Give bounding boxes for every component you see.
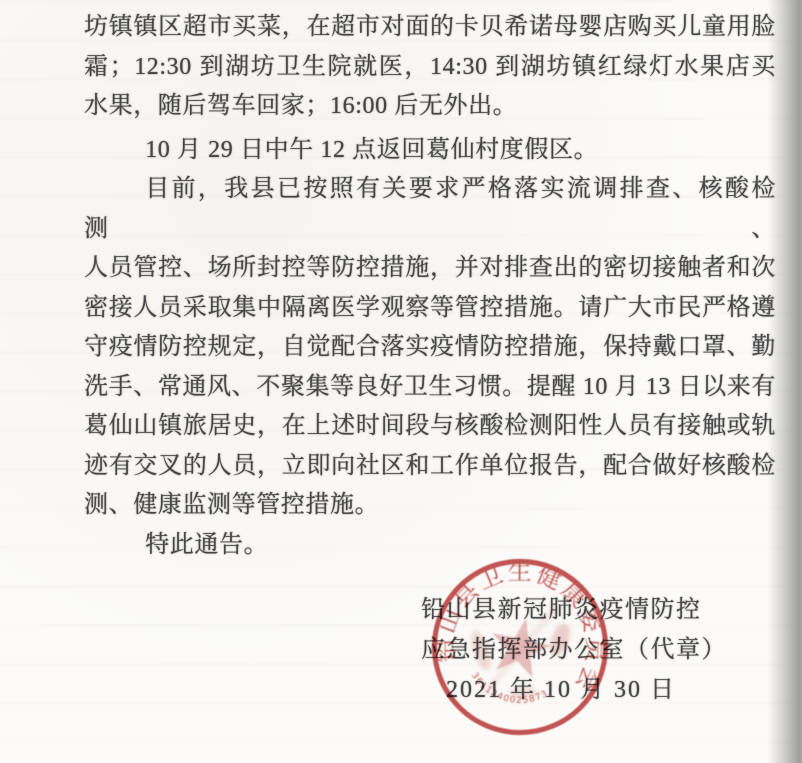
body-line: 迹有交叉的人员，立即向社区和工作单位报告，配合做好核酸检 — [84, 447, 776, 487]
official-seal: 铅山县卫生健康委员会 3611240025873 — [427, 554, 613, 740]
body-line: 密接人员采取集中隔离医学观察等管控措施。请广大市民严格遵 — [84, 289, 776, 329]
body-line: 测、健康监测等管控措施。 — [84, 486, 776, 526]
body-line: 水果，随后驾车回家；16:00 后无外出。 — [84, 87, 776, 127]
body-line: 坊镇镇区超市买菜，在超市对面的卡贝希诺母婴店购买儿童用脸 — [84, 8, 776, 48]
body-line: 10 月 29 日中午 12 点返回葛仙村度假区。 — [84, 131, 776, 171]
body-line: 目前，我县已按照有关要求严格落实流调排查、核酸检测、 — [84, 170, 776, 249]
body-line: 人员管控、场所封控等防控措施，并对排查出的密切接触者和次 — [84, 249, 776, 289]
notice-body: 坊镇镇区超市买菜，在超市对面的卡贝希诺母婴店购买儿童用脸 霜；12:30 到湖坊… — [84, 8, 776, 565]
paper-edge-shadow — [768, 0, 802, 763]
body-line: 洗手、常通风、不聚集等良好卫生习惯。提醒 10 月 13 日以来有 — [84, 368, 776, 408]
body-line: 霜；12:30 到湖坊卫生院就医，14:30 到湖坊镇红绿灯水果店买 — [84, 48, 776, 88]
seal-code: 3611240025873 — [465, 669, 553, 713]
seal-ring-text: 铅山县卫生健康委员会 — [427, 554, 613, 699]
svg-text:铅山县卫生健康委员会: 铅山县卫生健康委员会 — [427, 554, 613, 699]
svg-text:3611240025873: 3611240025873 — [465, 669, 553, 713]
body-line: 守疫情防控规定，自觉配合落实疫情防控措施，保持戴口罩、勤 — [84, 328, 776, 368]
body-line: 葛仙山镇旅居史，在上述时间段与核酸检测阳性人员有接触或轨 — [84, 407, 776, 447]
scanned-notice-page: 坊镇镇区超市买菜，在超市对面的卡贝希诺母婴店购买儿童用脸 霜；12:30 到湖坊… — [0, 0, 802, 763]
